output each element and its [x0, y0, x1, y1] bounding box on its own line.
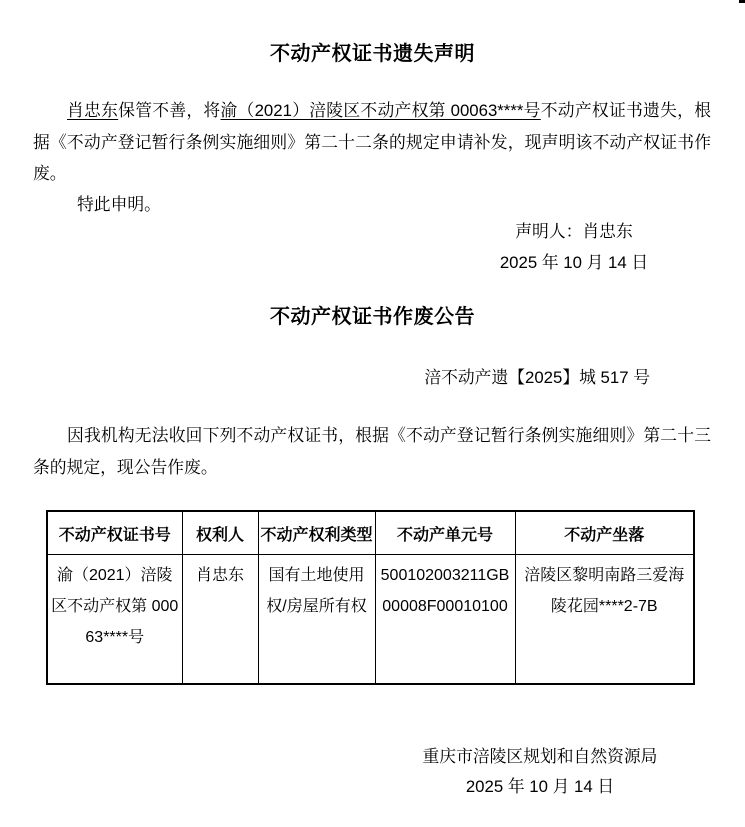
header-right-type: 不动产权利类型	[258, 511, 375, 555]
closing-line: 特此申明。	[33, 189, 161, 221]
certificate-number-underlined: 渝（2021）涪陵区不动产权第 00063****号	[221, 101, 541, 120]
cell-right-type: 国有土地使用权/房屋所有权	[258, 555, 375, 685]
header-certificate-no: 不动产权证书号	[47, 511, 182, 555]
header-unit-no: 不动产单元号	[375, 511, 515, 555]
declarant-line: 声明人：肖忠东	[420, 216, 728, 247]
certificate-table: 不动产权证书号 权利人 不动产权利类型 不动产单元号 不动产坐落 渝（2021）…	[46, 510, 695, 685]
statement-title: 不动产权证书遗失声明	[0, 37, 745, 66]
table-data-row: 渝（2021）涪陵区不动产权第 00063****号 肖忠东 国有土地使用权/房…	[47, 555, 694, 685]
cell-location: 涪陵区黎明南路三爱海陵花园****2-7B	[515, 555, 694, 685]
header-location: 不动产坐落	[515, 511, 694, 555]
declarant-name-underlined: 肖忠东	[67, 101, 118, 120]
statement-paragraph: 肖忠东保管不善，将渝（2021）涪陵区不动产权第 00063****号不动产权证…	[33, 95, 711, 190]
statement-text-mid: 保管不善，将	[118, 101, 220, 120]
cell-certificate-no: 渝（2021）涪陵区不动产权第 00063****号	[47, 555, 182, 685]
notice-date: 2025 年 10 月 14 日	[350, 772, 730, 802]
notice-doc-number: 涪不动产遗【2025】城 517 号	[33, 362, 711, 394]
header-holder: 权利人	[182, 511, 258, 555]
window-corner-artifact	[739, 0, 745, 3]
cell-holder: 肖忠东	[182, 555, 258, 685]
issuer-block: 重庆市涪陵区规划和自然资源局 2025 年 10 月 14 日	[350, 742, 730, 802]
cell-unit-no: 500102003211GB00008F00010100	[375, 555, 515, 685]
document-page: 不动产权证书遗失声明 肖忠东保管不善，将渝（2021）涪陵区不动产权第 0006…	[0, 0, 745, 827]
signature-block: 声明人：肖忠东 2025 年 10 月 14 日	[420, 216, 728, 278]
statement-date: 2025 年 10 月 14 日	[420, 247, 728, 278]
issuer-name: 重庆市涪陵区规划和自然资源局	[350, 742, 730, 772]
table-header-row: 不动产权证书号 权利人 不动产权利类型 不动产单元号 不动产坐落	[47, 511, 694, 555]
notice-title: 不动产权证书作废公告	[0, 300, 745, 329]
notice-paragraph: 因我机构无法收回下列不动产权证书，根据《不动产登记暂行条例实施细则》第二十三条的…	[33, 420, 711, 483]
